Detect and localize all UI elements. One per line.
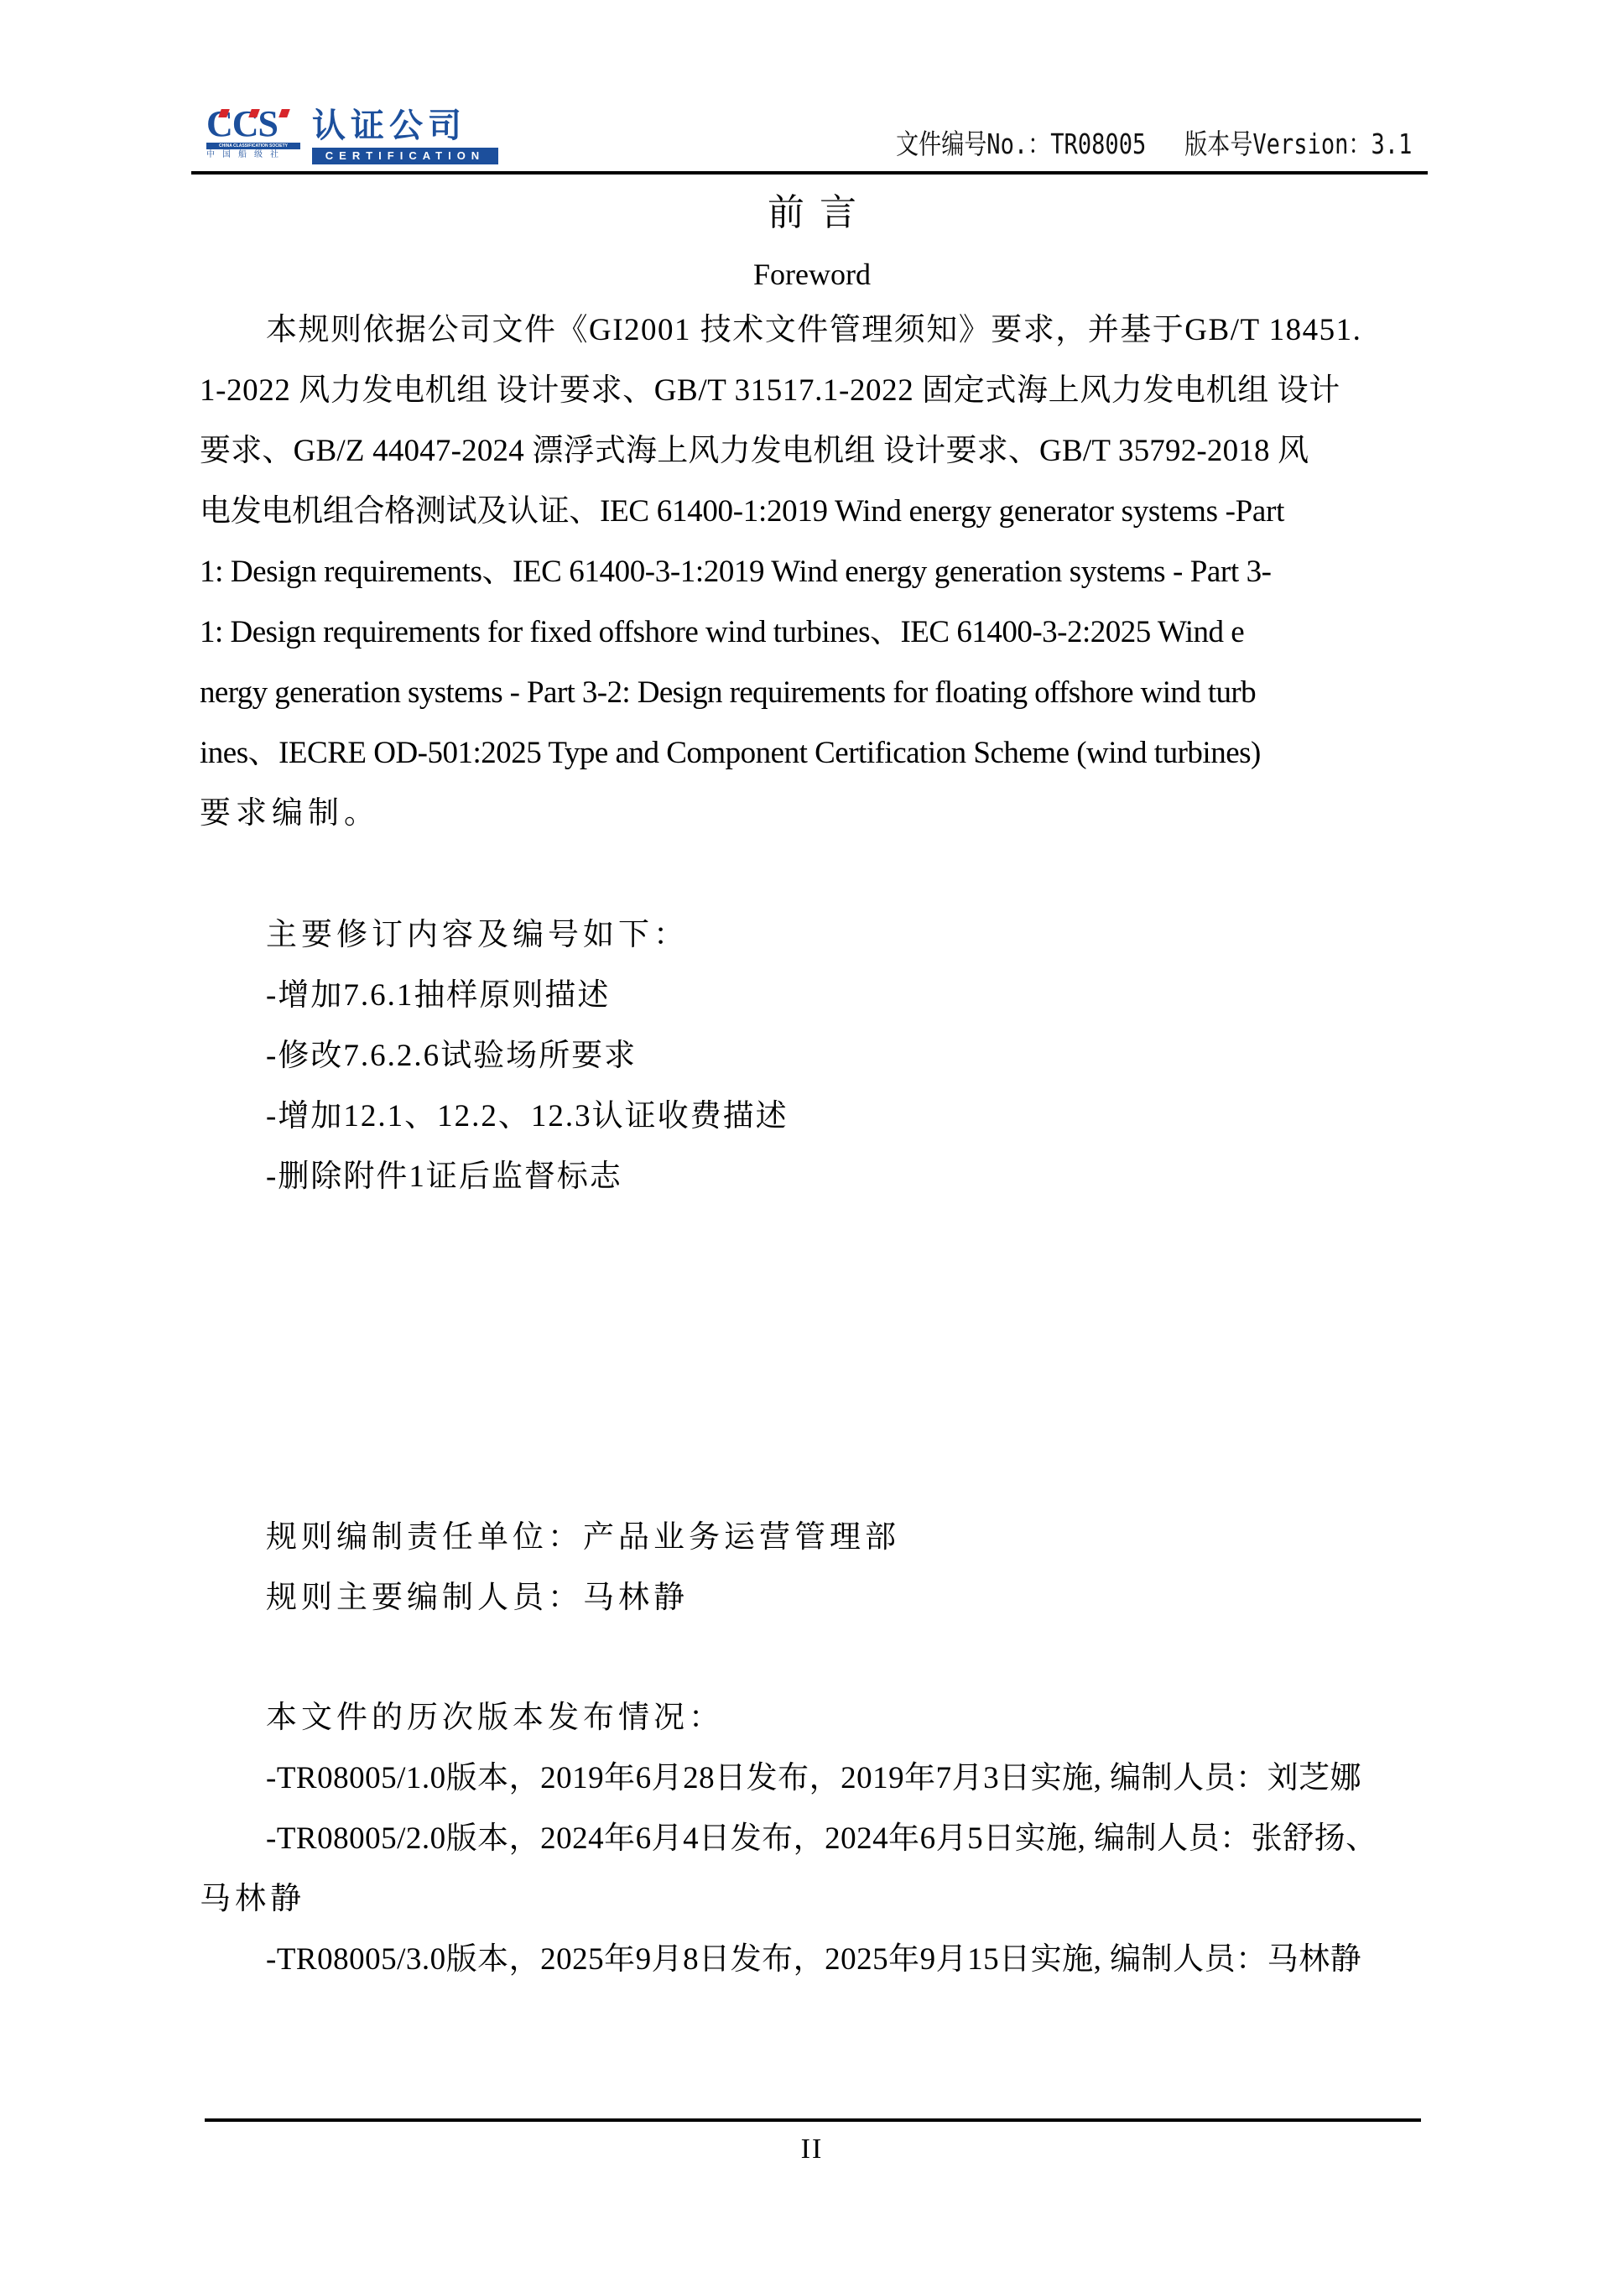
paragraph-line: 要求编制。 bbox=[200, 795, 380, 833]
responsible-unit: 规则编制责任单位：产品业务运营管理部 bbox=[266, 1519, 900, 1557]
doc-number: TR08005 bbox=[1050, 128, 1146, 160]
revisions-heading: 主要修订内容及编号如下： bbox=[266, 916, 689, 955]
page-number: II bbox=[0, 2133, 1624, 2166]
certification-name-cn: 认证公司 bbox=[312, 107, 498, 144]
header-divider bbox=[191, 171, 1428, 175]
paragraph-line: 1-2022 风力发电机组 设计要求、GB/T 31517.1-2022 固定式… bbox=[200, 372, 1340, 410]
revision-item: -修改7.6.2.6试验场所要求 bbox=[266, 1037, 637, 1076]
responsible-authors: 规则主要编制人员：马林静 bbox=[266, 1579, 689, 1618]
paragraph-line: ines、IECRE OD-501:2025 Type and Componen… bbox=[200, 734, 1261, 773]
version-number: 3.1 bbox=[1371, 128, 1412, 160]
certification-wordmark: 认证公司 CERTIFICATION bbox=[312, 107, 498, 164]
revision-item: -增加7.6.1抽样原则描述 bbox=[266, 977, 610, 1015]
history-entry: -TR08005/3.0版本，2025年9月8日发布，2025年9月15日实施,… bbox=[266, 1941, 1361, 1979]
paragraph-line: 电发电机组合格测试及认证、IEC 61400-1:2019 Wind energ… bbox=[200, 492, 1284, 531]
history-entry-continued: 马林静 bbox=[200, 1880, 305, 1919]
history-entry: -TR08005/1.0版本，2019年6月28日发布，2019年7月3日实施,… bbox=[266, 1759, 1361, 1798]
certification-name-en: CERTIFICATION bbox=[312, 148, 498, 164]
paragraph-line: 要求、GB/Z 44047-2024 漂浮式海上风力发电机组 设计要求、GB/T… bbox=[200, 432, 1309, 471]
paragraph-line: 1: Design requirements、IEC 61400-3-1:201… bbox=[200, 553, 1272, 591]
history-entry: -TR08005/2.0版本，2024年6月4日发布，2024年6月5日实施, … bbox=[266, 1820, 1377, 1858]
doc-number-label: 文件编号No.： bbox=[896, 128, 1050, 160]
ccs-logo-mark: CCS CHINA CLASSIFICATION SOCIETY 中国船级社 bbox=[206, 107, 305, 160]
paragraph-line: 1: Design requirements for fixed offshor… bbox=[200, 613, 1244, 652]
version-label: 版本号Version： bbox=[1184, 128, 1371, 160]
ccs-certification-logo: CCS CHINA CLASSIFICATION SOCIETY 中国船级社 认… bbox=[206, 107, 498, 163]
society-name-cn: 中国船级社 bbox=[206, 150, 286, 160]
red-accent-icon bbox=[278, 109, 290, 117]
revision-item: -增加12.1、12.2、12.3认证收费描述 bbox=[266, 1097, 789, 1136]
paragraph-line: 本规则依据公司文件《GI2001 技术文件管理须知》要求，并基于GB/T 184… bbox=[266, 311, 1361, 350]
ccs-letters: CCS bbox=[206, 107, 278, 141]
page-title-en: Foreword bbox=[0, 256, 1624, 293]
revision-item: -删除附件1证后监督标志 bbox=[266, 1158, 622, 1196]
page-title-cn: 前言 bbox=[0, 190, 1624, 237]
paragraph-line: nergy generation systems - Part 3-2: Des… bbox=[200, 674, 1256, 712]
footer-divider bbox=[205, 2118, 1421, 2122]
history-heading: 本文件的历次版本发布情况： bbox=[266, 1699, 724, 1738]
document-meta: 文件编号No.：TR08005版本号Version：3.1 bbox=[896, 128, 1412, 161]
